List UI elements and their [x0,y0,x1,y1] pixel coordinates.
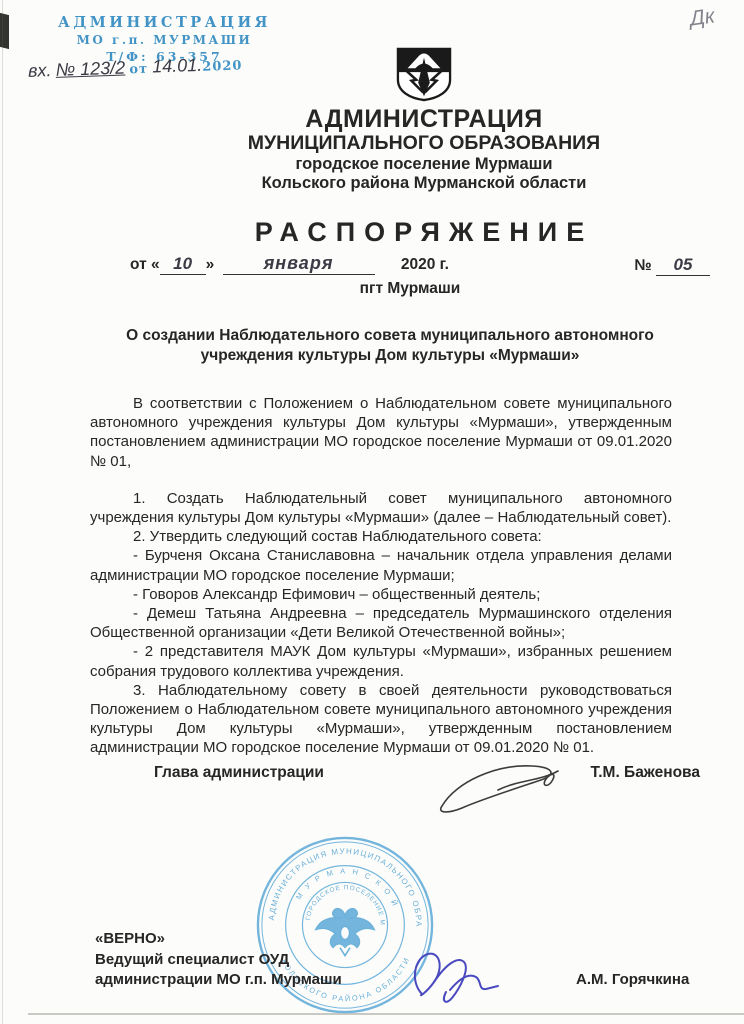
number-underline: 05 [656,255,710,276]
letterhead-line3: городское поселение Мурмаши [104,155,744,174]
paragraph-member-4: - 2 представителя МАУК Дом культуры «Мур… [90,642,672,680]
document-number: № 05 [634,255,710,276]
paragraph-preamble: В соответствии с Положением о Наблюдател… [90,394,672,471]
date-day-underline: 10 [160,254,206,275]
letterhead-line2: МУНИЦИПАЛЬНОГО ОБРАЗОВАНИЯ [104,132,744,155]
date-number-row: от «10» января 2020 г. № 05 [130,253,710,275]
coat-of-arms-icon [395,46,453,102]
stamp-org-sub: МО г.п. МУРМАШИ [57,33,272,47]
letterhead-line1: АДМИНИСТРАЦИЯ [104,106,744,132]
paragraph-item-2: 2. Утвердить следующий состав Наблюдател… [90,527,672,546]
issue-place: пгт Мурмаши [130,280,690,298]
quote-close: » [206,256,215,273]
certification-block: «ВЕРНО» Ведущий специалист ОУД администр… [95,929,342,991]
paragraph-member-1: - Бурченя Оксана Станиславовна – начальн… [90,546,672,584]
verno-position-line1: Ведущий специалист ОУД [95,950,342,971]
quote-open: « [151,256,160,273]
date-day-handwritten: 10 [173,254,192,273]
date-year: 2020 г. [401,256,449,273]
specialist-name: А.М. Горячкина [576,971,689,988]
verno-label: «ВЕРНО» [95,929,342,950]
date-month-underline: января [223,253,375,275]
letterhead-line4: Кольского района Мурманской области [104,174,744,193]
signature-row: Глава администрации Т.М. Баженова [90,756,700,822]
document-body: В соответствии с Положением о Наблюдател… [90,394,672,758]
head-signature-handwritten [434,756,574,822]
specialist-signature-handwritten [406,940,506,1020]
number-handwritten: 05 [674,255,693,274]
corner-initials-handwritten: Дк [688,4,716,31]
letterhead: АДМИНИСТРАЦИЯ МУНИЦИПАЛЬНОГО ОБРАЗОВАНИЯ… [104,46,744,248]
scan-artifact-left-line [2,0,3,1024]
verno-position-line2: администрации МО г.п. Мурмаши [95,970,342,991]
date-line: от «10» января 2020 г. [130,253,449,275]
paragraph-item-1: 1. Создать Наблюдательный совет муниципа… [90,489,672,527]
signer-name: Т.М. Баженова [591,756,701,782]
document-type-heading: РАСПОРЯЖЕНИЕ [104,217,744,248]
scanned-document-page: АДМИНИСТРАЦИЯ МО г.п. МУРМАШИ Т/Ф: 63-35… [0,0,744,1024]
reg-prefix-handwritten: вх. [28,60,52,81]
number-label: № [634,257,651,274]
document-title: О создании Наблюдательного совета муници… [100,326,680,366]
stamp-org-name: АДМИНИСТРАЦИЯ [57,14,272,31]
date-from-label: от [130,256,147,273]
date-month-handwritten: января [264,253,334,273]
paragraph-member-3: - Демеш Татьяна Андреевна – председатель… [90,604,672,642]
paragraph-member-2: - Говоров Александр Ефимович – обществен… [90,585,672,604]
signer-position: Глава администрации [90,756,324,782]
paragraph-item-3: 3. Наблюдательному совету в своей деятел… [90,681,672,758]
